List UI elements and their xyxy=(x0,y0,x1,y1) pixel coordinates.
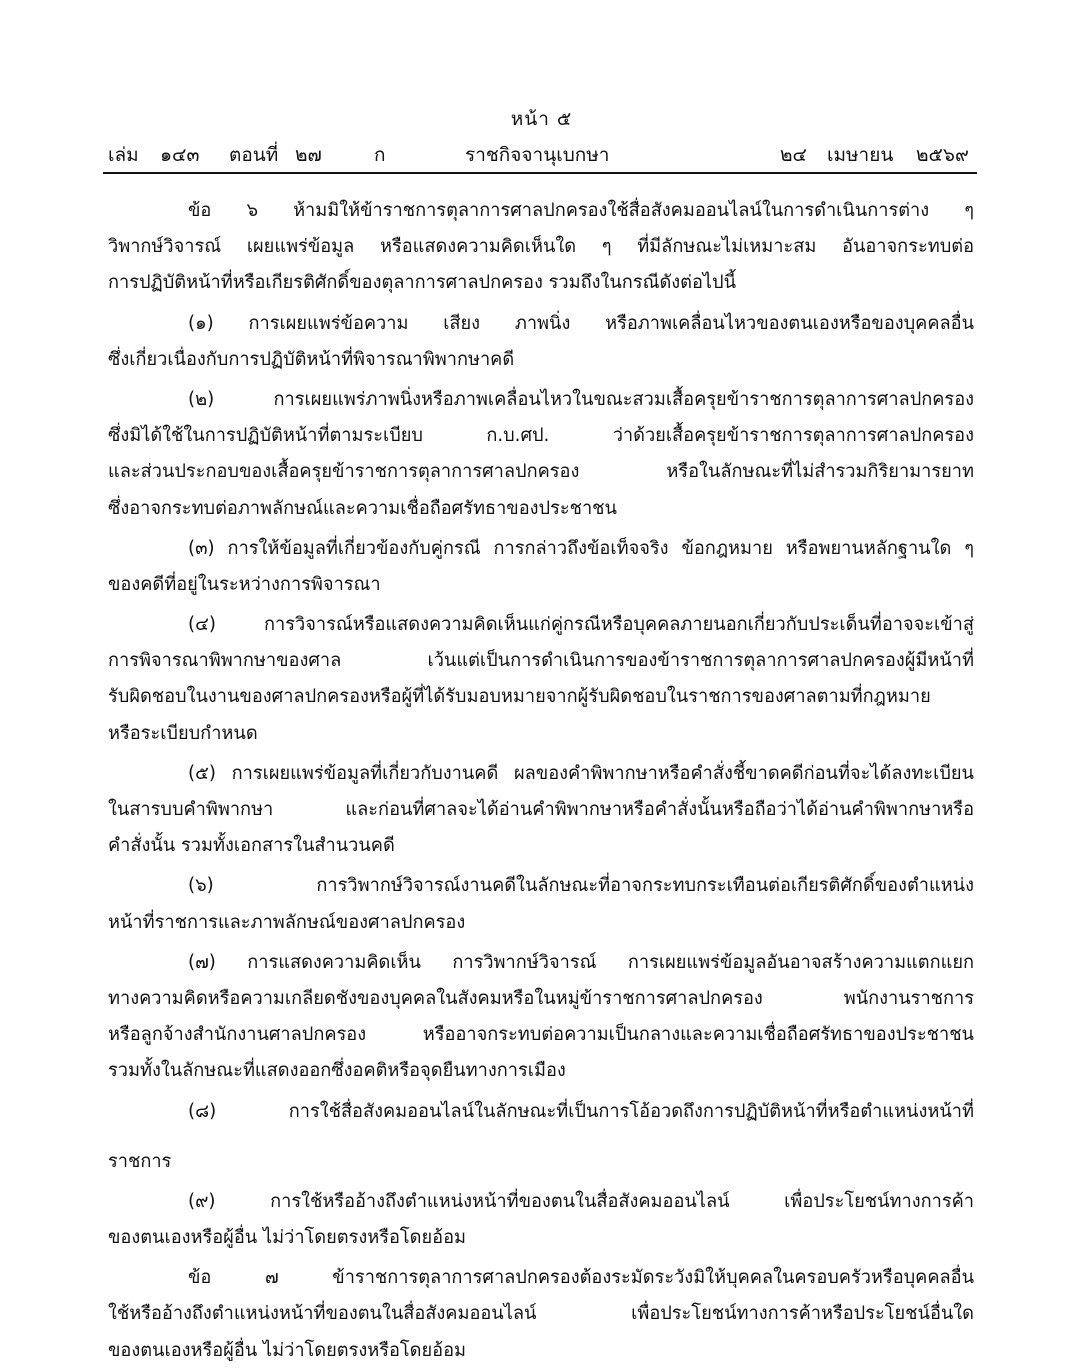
date-year: ๒๕๖๙ xyxy=(916,140,969,170)
item-7-line: (๗) การแสดงความคิดเห็น การวิพากษ์วิจารณ์… xyxy=(108,945,974,981)
item-9-line: (๙) การใช้หรืออ้างถึงตำแหน่งหน้าที่ของตน… xyxy=(108,1184,974,1220)
item-4-line: รับผิดชอบในงานของศาลปกครองหรือผู้ที่ได้ร… xyxy=(108,679,974,715)
clause-7-line: ของตนเองหรือผู้อื่น ไม่ว่าโดยตรงหรือโดยอ… xyxy=(108,1333,974,1369)
section-label: ตอนที่ xyxy=(229,140,278,170)
clause-7-line: ใช้หรืออ้างถึงตำแหน่งหน้าที่ของตนในสื่อส… xyxy=(108,1296,974,1332)
clause-6-line: การปฏิบัติหน้าที่หรือเกียรติศักดิ์ของตุล… xyxy=(108,265,974,301)
item-5-line: (๕) การเผยแพร่ข้อมูลที่เกี่ยวกับงานคดี ผ… xyxy=(108,756,974,792)
item-1-line: (๑) การเผยแพร่ข้อความ เสียง ภาพนิ่ง หรือ… xyxy=(108,306,974,342)
gazette-header: เล่ม ๑๔๓ ตอนที่ ๒๗ ก ราชกิจจานุเบกษา ๒๔ … xyxy=(108,140,976,170)
clause-6-line: วิพากษ์วิจารณ์ เผยแพร่ข้อมูล หรือแสดงควา… xyxy=(108,229,974,265)
date-month: เมษายน xyxy=(827,140,893,170)
clause-6-line: ข้อ ๖ ห้ามมิให้ข้าราชการตุลาการศาลปกครอง… xyxy=(108,193,974,229)
publication-name: ราชกิจจานุเบกษา xyxy=(465,140,609,170)
item-3-line: (๓) การให้ข้อมูลที่เกี่ยวข้องกับคู่กรณี … xyxy=(108,531,974,567)
item-5-line: ในสารบบคำพิพากษา และก่อนที่ศาลจะได้อ่านค… xyxy=(108,792,974,828)
page-number: หน้า ๕ xyxy=(0,104,1083,134)
item-8-line: ราชการ xyxy=(108,1144,974,1180)
item-4-line: หรือระเบียบกำหนด xyxy=(108,716,974,752)
item-6-line: (๖) การวิพากษ์วิจารณ์งานคดีในลักษณะที่อา… xyxy=(108,868,974,904)
item-8-line: (๘) การใช้สื่อสังคมออนไลน์ในลักษณะที่เป็… xyxy=(108,1094,974,1130)
volume-number: ๑๔๓ xyxy=(160,140,199,170)
item-6-line: หน้าที่ราชการและภาพลักษณ์ของศาลปกครอง xyxy=(108,905,974,941)
section-number: ๒๗ xyxy=(295,140,322,170)
item-2-line: ซึ่งอาจกระทบต่อภาพลักษณ์และความเชื่อถือศ… xyxy=(108,491,974,527)
item-2-line: ซึ่งมิได้ใช้ในการปฏิบัติหน้าที่ตามระเบีย… xyxy=(108,418,974,454)
volume-label: เล่ม xyxy=(108,140,139,170)
item-4-line: (๔) การวิจารณ์หรือแสดงความคิดเห็นแก่คู่ก… xyxy=(108,607,974,643)
item-1-line: ซึ่งเกี่ยวเนื่องกับการปฏิบัติหน้าที่พิจา… xyxy=(108,342,974,378)
item-3-line: ของคดีที่อยู่ในระหว่างการพิจารณา xyxy=(108,567,974,603)
item-9-line: ของตนเองหรือผู้อื่น ไม่ว่าโดยตรงหรือโดยอ… xyxy=(108,1220,974,1256)
item-5-line: คำสั่งนั้น รวมทั้งเอกสารในสำนวนคดี xyxy=(108,828,974,864)
item-7-line: หรือลูกจ้างสำนักงานศาลปกครอง หรืออาจกระท… xyxy=(108,1017,974,1053)
date-day: ๒๔ xyxy=(780,140,807,170)
item-2-line: และส่วนประกอบของเสื้อครุยข้าราชการตุลากา… xyxy=(108,454,974,490)
document-body: ข้อ ๖ ห้ามมิให้ข้าราชการตุลาการศาลปกครอง… xyxy=(108,193,974,1369)
clause-7-line: ข้อ ๗ ข้าราชการตุลาการศาลปกครองต้องระมัด… xyxy=(108,1260,974,1296)
item-2-line: (๒) การเผยแพร่ภาพนิ่งหรือภาพเคลื่อนไหวใน… xyxy=(108,382,974,418)
header-rule xyxy=(103,172,977,174)
section-letter: ก xyxy=(374,140,386,170)
item-7-line: ทางความคิดหรือความเกลียดชังของบุคคลในสัง… xyxy=(108,981,974,1017)
item-4-line: การพิจารณาพิพากษาของศาล เว้นแต่เป็นการดำ… xyxy=(108,643,974,679)
item-7-line: รวมทั้งในลักษณะที่แสดงออกซึ่งอคติหรือจุด… xyxy=(108,1053,974,1089)
